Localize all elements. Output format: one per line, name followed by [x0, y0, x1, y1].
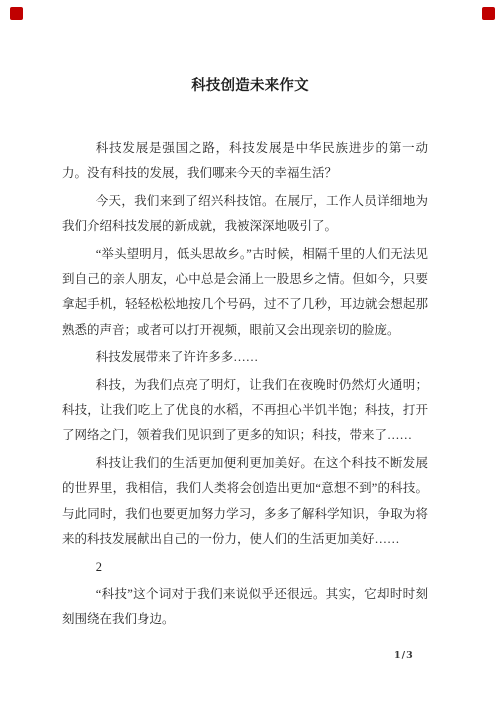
page-number-indicator: 1/3 — [394, 650, 414, 661]
essay-paragraph: 科技发展带来了许许多多…… — [62, 345, 428, 370]
red-corner-mark-right — [482, 7, 495, 20]
essay-paragraph: “科技”这个词对于我们来说似乎还很远。其实，它却时时刻刻围绕在我们身边。 — [62, 582, 428, 633]
red-corner-mark-left — [10, 7, 23, 20]
essay-paragraph: 科技，为我们点亮了明灯，让我们在夜晚时仍然灯火通明；科技，让我们吃上了优良的水稻… — [62, 373, 428, 449]
page-title: 科技创造未来作文 — [0, 74, 500, 95]
essay-body: 科技发展是强国之路，科技发展是中华民族进步的第一动力。没有科技的发展，我们哪来今… — [62, 136, 428, 635]
essay-paragraph: “举头望明月，低头思故乡。”古时候，相隔千里的人们无法见到自己的亲人朋友，心中总… — [62, 242, 428, 344]
essay-paragraph: 科技发展是强国之路，科技发展是中华民族进步的第一动力。没有科技的发展，我们哪来今… — [62, 136, 428, 187]
essay-paragraph: 2 — [62, 555, 428, 580]
essay-paragraph: 科技让我们的生活更加便利更加美好。在这个科技不断发展的世界里，我相信，我们人类将… — [62, 451, 428, 553]
document-page: 科技创造未来作文 科技发展是强国之路，科技发展是中华民族进步的第一动力。没有科技… — [0, 0, 500, 707]
essay-paragraph: 今天，我们来到了绍兴科技馆。在展厅，工作人员详细地为我们介绍科技发展的新成就，我… — [62, 189, 428, 240]
